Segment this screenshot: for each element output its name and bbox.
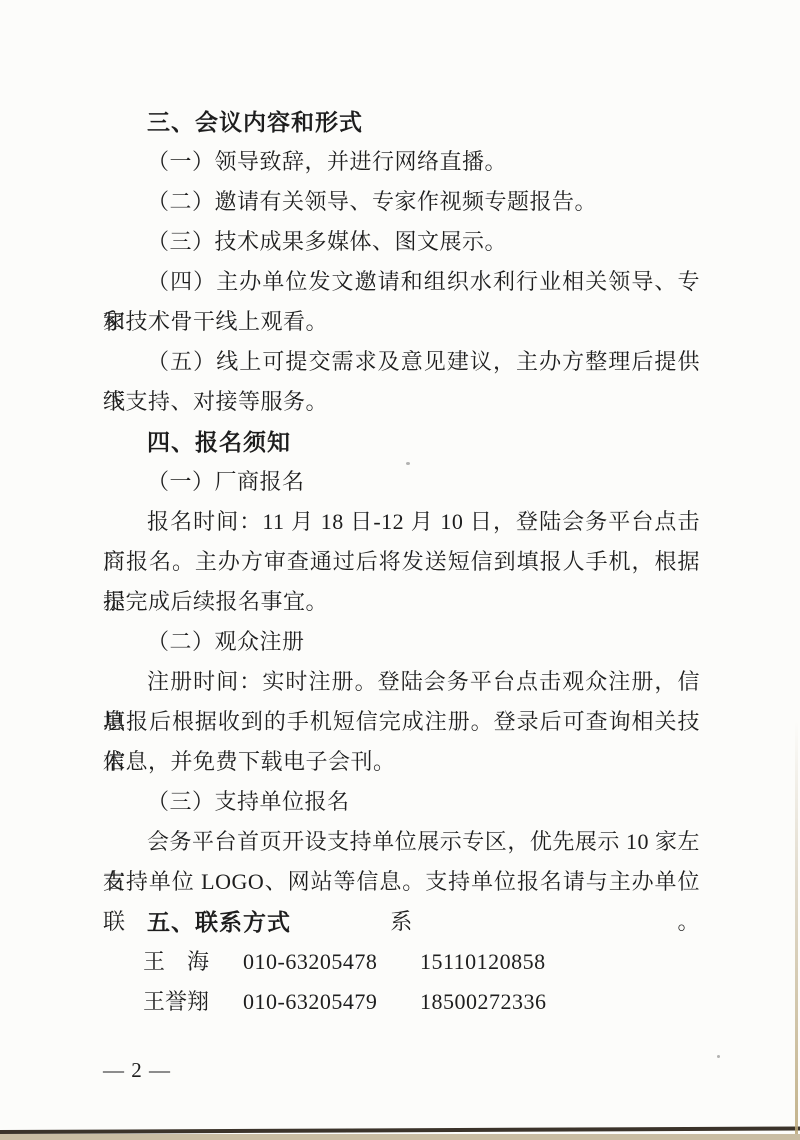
scanned-document-page: 三、会议内容和形式 （一）领导致辞，并进行网络直播。 （二）邀请有关领导、专家作…	[0, 0, 800, 1140]
doc-line: 下支持、对接等服务。	[103, 382, 700, 422]
contact-mobile: 15110120858	[420, 942, 546, 982]
doc-line: （三）技术成果多媒体、图文展示。	[103, 222, 700, 262]
doc-line: 报名时间：11 月 18 日-12 月 10 日，登陆会务平台点击厂	[103, 502, 700, 542]
scan-bottom-edge-line	[0, 1127, 800, 1134]
scan-bottom-edge-strip	[0, 1134, 800, 1140]
contact-row: 王誉翔 010-63205479 18500272336	[103, 982, 700, 1022]
doc-line: （四）主办单位发文邀请和组织水利行业相关领导、专家	[103, 262, 700, 302]
doc-line: （三）支持单位报名	[103, 782, 700, 822]
scan-speck	[717, 1055, 720, 1058]
doc-line: 会务平台首页开设支持单位展示专区，优先展示 10 家左右	[103, 822, 700, 862]
doc-line: 商报名。主办方审查通过后将发送短信到填报人手机，根据提	[103, 542, 700, 582]
page-number: — 2 —	[103, 1050, 171, 1090]
doc-line: （一）领导致辞，并进行网络直播。	[103, 142, 700, 182]
section-heading-registration: 四、报名须知	[103, 422, 700, 462]
contact-phone: 010-63205479	[243, 982, 377, 1022]
doc-line: （五）线上可提交需求及意见建议，主办方整理后提供线	[103, 342, 700, 382]
doc-line: 支持单位 LOGO、网站等信息。支持单位报名请与主办单位联系。	[103, 862, 700, 902]
doc-line: 示完成后续报名事宜。	[103, 582, 700, 622]
contact-name: 王 海	[143, 942, 209, 982]
doc-line: 注册时间：实时注册。登陆会务平台点击观众注册，信息	[103, 662, 700, 702]
doc-line: 信息，并免费下载电子会刊。	[103, 742, 700, 782]
section-heading-meeting-content: 三、会议内容和形式	[103, 102, 700, 142]
doc-line: （二）观众注册	[103, 622, 700, 662]
contact-row: 王 海 010-63205478 15110120858	[103, 942, 700, 982]
doc-line: 和技术骨干线上观看。	[103, 302, 700, 342]
scan-right-edge	[795, 720, 798, 1134]
document-body: 三、会议内容和形式 （一）领导致辞，并进行网络直播。 （二）邀请有关领导、专家作…	[103, 102, 700, 1022]
doc-line: （二）邀请有关领导、专家作视频专题报告。	[103, 182, 700, 222]
contact-name: 王誉翔	[143, 982, 209, 1022]
scan-speck	[406, 462, 410, 465]
contact-mobile: 18500272336	[420, 982, 547, 1022]
doc-line: 填报后根据收到的手机短信完成注册。登录后可查询相关技术	[103, 702, 700, 742]
contact-phone: 010-63205478	[243, 942, 377, 982]
doc-line: （一）厂商报名	[103, 462, 700, 502]
